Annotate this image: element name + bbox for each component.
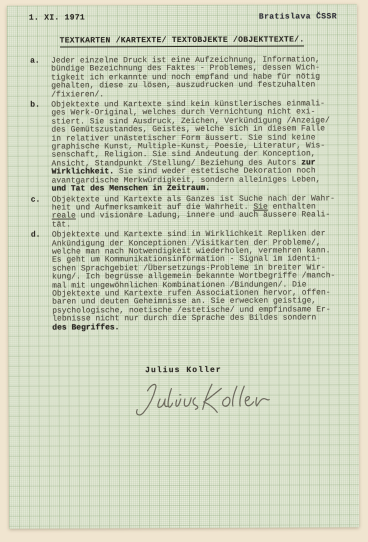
paragraph-letter: a. bbox=[30, 58, 51, 100]
graph-paper-sheet: 1. XI. 1971 Bratislava ČSSR TEXTKARTEN /… bbox=[7, 4, 359, 529]
document-header: 1. XI. 1971 Bratislava ČSSR bbox=[7, 4, 357, 23]
signature-ink-icon bbox=[122, 377, 278, 424]
paragraph: a.Jeder einzelne Druck ist eine Aufzeich… bbox=[30, 56, 349, 99]
handwritten-signature bbox=[122, 377, 278, 424]
paragraph: d.Objektexte und Kartexte sind in Wirkli… bbox=[31, 230, 350, 332]
paragraph-letter: b. bbox=[30, 102, 51, 195]
place-label: Bratislava ČSSR bbox=[259, 12, 337, 21]
date-label: 1. XI. 1971 bbox=[29, 13, 85, 22]
paragraphs: a.Jeder einzelne Druck ist eine Aufzeich… bbox=[7, 46, 358, 333]
paragraph-line: tät. bbox=[52, 220, 350, 230]
paragraph-lines: Jeder einzelne Druck ist eine Aufzeichnu… bbox=[51, 56, 349, 99]
paragraph-letter: d. bbox=[31, 232, 52, 333]
paragraph-line: /fixieren/. bbox=[51, 90, 349, 100]
paragraph: c.Objektexte und Kartexte als Ganzes ist… bbox=[31, 195, 350, 230]
photo-mat: 1. XI. 1971 Bratislava ČSSR TEXTKARTEN /… bbox=[0, 0, 368, 542]
paragraph-line: des Begriffes. bbox=[52, 323, 350, 333]
paragraph-lines: Objektexte und Kartexte sind in Wirklich… bbox=[52, 230, 350, 332]
paragraph-lines: Objektexte und Kartexte als Ganzes ist S… bbox=[52, 195, 350, 230]
typed-signature: Julius Koller bbox=[8, 365, 358, 376]
paragraph-line: und Tat des Menschen in Zeitraum. bbox=[52, 184, 350, 194]
title-row: TEXTKARTEN /KARTEXTE/ TEXTOBJEKTE /OBJEK… bbox=[7, 28, 357, 48]
paragraph-letter: c. bbox=[31, 196, 52, 230]
document-title: TEXTKARTEN /KARTEXTE/ TEXTOBJEKTE /OBJEK… bbox=[60, 35, 305, 47]
paragraph-line: reale und visionäre Ladung, innere und a… bbox=[52, 212, 350, 222]
paragraph-lines: Objektexte und Kartexte sind kein künstl… bbox=[51, 100, 349, 194]
paragraph: b.Objektexte und Kartexte sind kein küns… bbox=[30, 100, 349, 194]
